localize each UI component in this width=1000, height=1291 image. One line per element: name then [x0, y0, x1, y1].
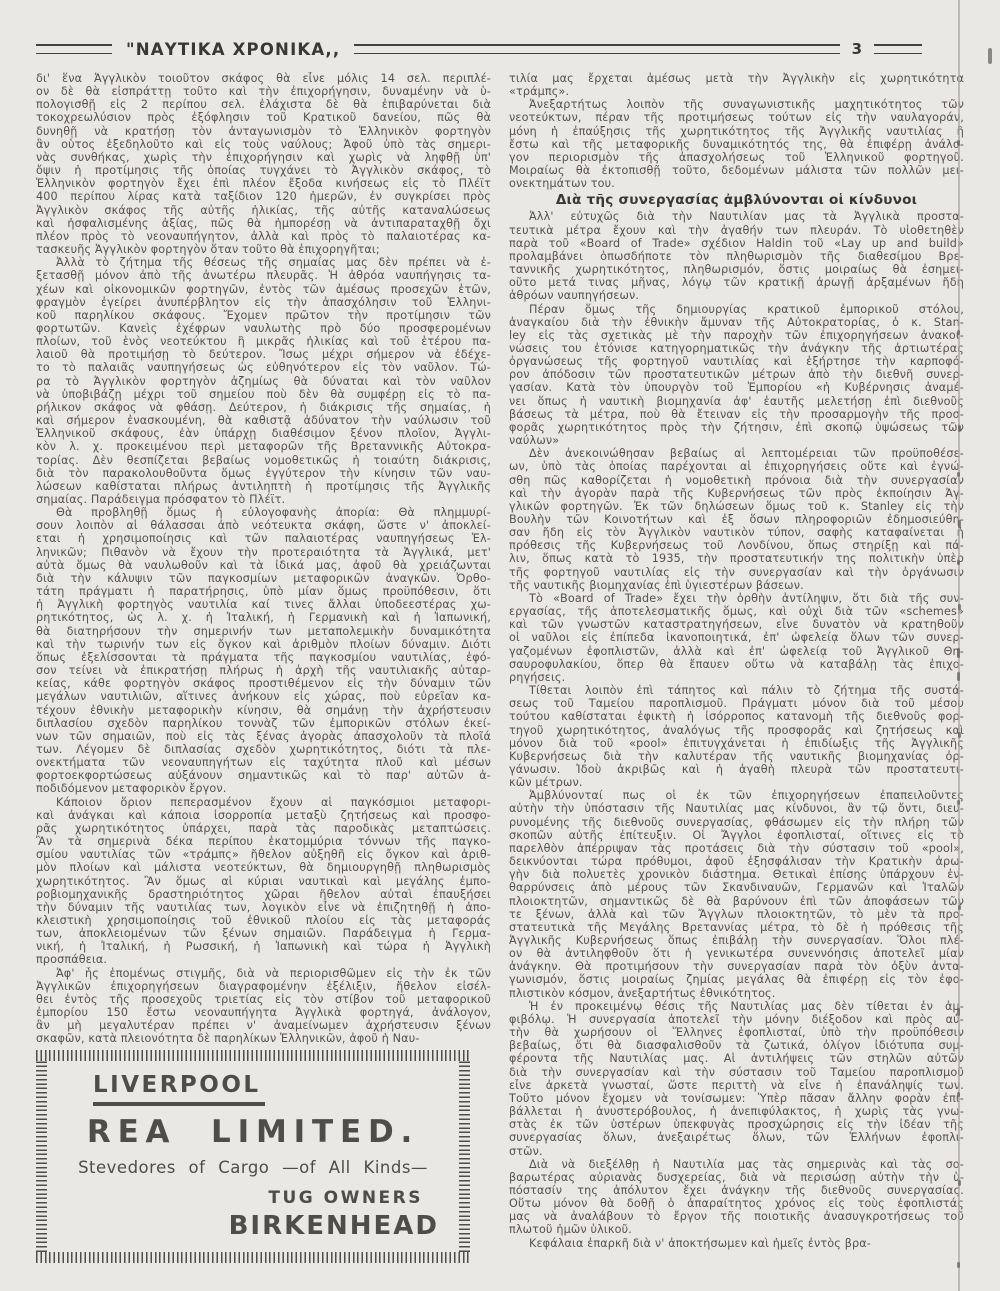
publication-title: "ΝΑΥΤΙΚΑ ΧΡΟΝΙΚΑ,, [126, 40, 340, 59]
text-line: Βουλὴν τῶν Κοινοτήτων καὶ ἐξ ὅσων πληροφ… [509, 513, 964, 526]
scan-speck [957, 1092, 960, 1097]
text-line: ἀθρόων ναυπηγήσεων. [509, 289, 964, 302]
paragraph: Τίθεται λοιπὸν ἐπὶ τάπητος καὶ πάλιν τὸ … [509, 684, 964, 789]
text-line: σκαφῶν, κατὰ πλειονότητα δὲ παρηλίκων Ἑλ… [36, 1032, 491, 1045]
text-line: ον δὲ θὰ εἰσπράττῃ τοῦτο καὶ τὴν ἐπιχορή… [36, 85, 491, 98]
text-line: προσπάθεια. [36, 953, 491, 966]
paragraph: Διὰ νὰ διεξέλθῃ ἡ Ναυτιλία μας τὰς σημερ… [509, 1158, 964, 1237]
text-line: κλειστικὴ χρησιμοποίησις τοῦ ἐθνικοῦ πλο… [36, 914, 491, 927]
masthead-rule-left [36, 44, 112, 54]
text-line: Ἀλλ' εὐτυχῶς διὰ τὴν Ναυτιλίαν μας τὰ Ἀγ… [509, 210, 964, 223]
left-column: δι' ἕνα Ἀγγλικὸν τοιοῦτον σκάφος θὰ εἶνε… [36, 72, 491, 1263]
text-line: εται ἡ χρησιμοποίησις καὶ τῶν παλαιοτέρα… [36, 532, 491, 545]
text-line: χέων καὶ οἰκονομικῶν φορτηγῶν, ἐντὸς τῶν… [36, 283, 491, 296]
scan-speck [958, 732, 961, 738]
text-line: αὐτὰ ὅμως θὰ ναυλωθοῦν καὶ τὰ ἰδικά μας,… [36, 559, 491, 572]
text-line: τέχουν ἐθνικὴν μεταφορικὴν κίνησιν, θὰ σ… [36, 704, 491, 717]
text-line: γαζομένων ἐφοπλιστῶν, ἀλλὰ καὶ ἐπ' ὠφελε… [509, 645, 964, 658]
right-column-text: τιλία μας ἔρχεται ἀμέσως μετὰ τὴν Ἀγγλικ… [509, 72, 964, 1250]
scan-speck [958, 520, 961, 528]
text-line: τὴν θὰ χωρήσουν οἱ Ἕλληνες ἐφοπλισταί, ὑ… [509, 1026, 964, 1039]
scan-speck [957, 472, 960, 477]
text-line: σκοπῶν αὐτῆς ἐπίτευξιν. Οἱ Ἄγγλοι ἐφοπλι… [509, 829, 964, 842]
text-line: ἔστω καὶ τῆς μεταφορικῆς δυναμικότητός τ… [509, 138, 964, 151]
text-line: τοκοχρεωλύσιον πρὸς ἐξόφλησιν τοῦ Κρατικ… [36, 111, 491, 124]
text-line: ροβιομηχανικῆς δραστηριότητος χῶραι ἤθελ… [36, 888, 491, 901]
text-line: προλαμβάνει ὁπωσδήποτε τὸν πληθωρισμὸν τ… [509, 250, 964, 263]
section-heading: Διὰ τῆς συνεργασίας ἀμβλύνονται οἱ κίνδυ… [509, 190, 964, 210]
text-line: πολογισθῇ εἰς 2 περίπου σελ. ἐλάχιστα δὲ… [36, 98, 491, 111]
text-line: μεγάλων ναυτιλιῶν, αἵτινες ἀνήκουν εἰς χ… [36, 690, 491, 703]
text-line: φορᾶς χωρητικότητος πρὸς τὴν ζήτησιν, ἐπ… [509, 421, 964, 434]
ad-content: LIVERPOOL REA LIMITED. Stevedores of Car… [47, 1061, 459, 1252]
paragraph: Τὸ «Board of Trade» ἔχει τὴν ὀρθὴν ἀντίλ… [509, 592, 964, 684]
text-line: οἱ ναῦλοι εἰς ἐπίπεδα ἱκανοποιητικά, ἐπ'… [509, 631, 964, 644]
text-line: εἶνε ἀρκετὰ γνωσταί, ὥστε περιττὴ νὰ εἶν… [509, 1079, 964, 1092]
text-line: νων τῶν σημαιῶν, ποὺ εἰς τὰς ξένας ἀγορὰ… [36, 730, 491, 743]
text-line: νώσεις του ἐτόνισε κατηγορηματικῶς τὴν ἀ… [509, 342, 964, 355]
text-line: σθη πῶς καθορίζεται ἡ νομοθετικὴ πρόνοια… [509, 474, 964, 487]
paragraph: Κάποιον ὅριον πεπερασμένον ἔχουν αἱ παγκ… [36, 796, 491, 967]
paragraph: Ἀφ' ἧς ἑπομένως στιγμῆς, διὰ νὰ περιορισ… [36, 967, 491, 1046]
text-line: Ἑλληνικοῦ σκάφους, ἐὰν ὑπάρχῃ διαθέσιμον… [36, 427, 491, 440]
scan-speck [957, 1262, 960, 1268]
page-fold-line [958, 0, 960, 1291]
text-line: ρυνομένης τῆς διεθνοῦς συνεργασίας, φθάσ… [509, 816, 964, 829]
text-line: λιν, ὅπως κατὰ τὸ 1935, τὴν προστατευτικ… [509, 552, 964, 565]
text-line: πόστασίν της ἀπόλυτον ἔχει ἀνάγκην τῆς δ… [509, 1184, 964, 1197]
text-line: νική, ἡ Ἰταλική, ἡ Ρωσσική, ἡ Ἰαπωνικὴ κ… [36, 940, 491, 953]
text-line: Ἀγγλικῆς Κυβερνήσεως ὅπως ἐπιβάλῃ τὴν συ… [509, 934, 964, 947]
text-line: διὰ τὸν παρακολουθοῦντα ὅμως ἐγγύτερον τ… [36, 467, 491, 480]
text-line: γὴν διὰ πολυετὲς χρονικὸν διάστημα. Θετι… [509, 868, 964, 881]
text-line: Ἀνεξαρτήτως λοιπὸν τῆς συναγωνιστικῆς μα… [509, 98, 964, 111]
text-line: ρητικότητος, ὡς λ. χ. ἡ Ἰταλική, ἡ Γερμα… [36, 611, 491, 624]
text-line: κὸν λ. χ. προκειμένου περὶ μεταφορῶν τῆς… [36, 440, 491, 453]
text-line: κοῦ παρηλίκου σκάφους. Ἔχομεν πρῶτον τὴν… [36, 309, 491, 322]
ad-city: LIVERPOOL [93, 1071, 265, 1106]
text-line: Ἀλλὰ τὸ ζήτημα τῆς θέσεως τῆς σημαίας μα… [36, 256, 491, 269]
text-line: Κεφάλαια ἐπαρκῆ διὰ ν' ἀποκτήσωμεν καὶ ἡ… [509, 1237, 964, 1250]
text-line: καὶ τὴν τωρινήν των εἰς ὄγκον καὶ ἀριθμὸ… [36, 638, 491, 651]
right-column: τιλία μας ἔρχεται ἀμέσως μετὰ τὴν Ἀγγλικ… [509, 72, 964, 1263]
text-line: ρα τὸ Ἀγγλικὸν φορτηγὸν ἀζημίως θὰ δύνατ… [36, 375, 491, 388]
text-line: καὶ ἀνάγκαι καὶ κάποια ἰσορροπία μεταξὺ … [36, 809, 491, 822]
text-line: ων, ὑπὸ τὰς ὁποίας παρέχονται αἱ ἐπιχορη… [509, 460, 964, 473]
text-line: διὰ τὴν κάλυψιν τῶν παγκοσμίων μεταφορικ… [36, 572, 491, 585]
text-line: Ἑλληνικὸν φορτηγὸν ἔχει ἐπὶ πλέον ἔξοδα … [36, 177, 491, 190]
text-line: κῶν μέτρων. [509, 776, 964, 789]
text-line: λώσεων καθίσταται πλήρως ἀντιληπτὴ ἡ προ… [36, 480, 491, 493]
text-line: τηγοῦ χωρητικότητος, ἀναλόγως τῆς προσφο… [509, 724, 964, 737]
text-line: μόνη ἡ ἐπαύξησις τῆς χωρητικότητος τῆς Ἀ… [509, 125, 964, 138]
text-line: ὅπως ἐξελίσσονται τὰ πράγματα τῆς παγκοσ… [36, 651, 491, 664]
scan-speck [958, 1180, 961, 1186]
scan-speck [958, 425, 961, 432]
text-line: Κυβερνήσεως διὰ τὴν καλυτέραν τῆς ναυτικ… [509, 750, 964, 763]
text-line: ταννικῆς χωρητικότητος, πληθωρισμόν, ὅστ… [509, 263, 964, 276]
text-line: Ἀγγλικῶν ἐπιχορηγήσεων διαγραφομένην ἐξέ… [36, 980, 491, 993]
text-line: Μοιραίως θὰ ἐκτοπισθῇ τοῦτο, δεδομένων μ… [509, 164, 964, 177]
text-line: σουν λοιπὸν αἱ θάλασσαι ἀπὸ νεότευκτα σκ… [36, 519, 491, 532]
text-line: τευτικὰ μέτρα ἔχουν καὶ τὴν ἀγαθήν των π… [509, 224, 964, 237]
text-line: Διὰ νὰ διεξέλθῃ ἡ Ναυτιλία μας τὰς σημερ… [509, 1158, 964, 1171]
text-line: «τράμπς». [509, 85, 964, 98]
text-line: διὰ τὴν συνεργασίαν καὶ τὴν σύστασιν τοῦ… [509, 1066, 964, 1079]
text-line: σαν ἤδη εἰς τὸν Ἀγγλικὸν ναυτικὸν τύπον,… [509, 526, 964, 539]
text-line: διπλασίου σχεδὸν παρηλίκου τοννὰζ τῶν ἐμ… [36, 717, 491, 730]
text-line: Τίθεται λοιπὸν ἐπὶ τάπητος καὶ πάλιν τὸ … [509, 684, 964, 697]
text-line: ονεκτημάτων του. [509, 177, 964, 190]
masthead-rule-right [874, 44, 922, 54]
scan-speck [957, 800, 960, 805]
text-line: μόνον διὰ τοῦ «pool» ἐπιτυγχάνεται ἡ ἐπι… [509, 737, 964, 750]
text-line: Κάποιον ὅριον πεπερασμένον ἔχουν αἱ παγκ… [36, 796, 491, 809]
paragraph: Κεφάλαια ἐπαρκῆ διὰ ν' ἀποκτήσωμεν καὶ ἡ… [509, 1237, 964, 1250]
text-line: ρήλικον σκάφος νὰ φθάσῃ. Δεύτερον, ἡ διά… [36, 401, 491, 414]
text-line: καὶ τῶν γνωστῶν καταστρατηγήσεων, εἶνε δ… [509, 618, 964, 631]
ad-tagline: Stevedores of Cargo —of All Kinds— [57, 1158, 449, 1178]
text-line: ρηγήσεις. [509, 671, 964, 684]
text-line: τῆς ναυτικῆς βιομηχανίας ἐπὶ ὑγιεστέρων … [509, 579, 964, 592]
paragraph: Πέραν ὅμως τῆς δημιουργίας κρατικοῦ ἐμπο… [509, 303, 964, 448]
text-line: ley εἰς τὰς σχετικὰς μὲ τὴν παροχὴν τῶν … [509, 329, 964, 342]
article-body: δι' ἕνα Ἀγγλικὸν τοιοῦτον σκάφος θὰ εἶνε… [36, 72, 964, 1263]
text-line: λαιοῦ θὰ προτιμήσῃ τὸ δεύτερον. Ἴσως μέχ… [36, 348, 491, 361]
text-line: πρόθεσις τῆς Κυβερνήσεως τοῦ Λονδίνου, ὅ… [509, 539, 964, 552]
text-line: γον περιορισμὸν τῆς ἀπασχολήσεως τοῦ Ἑλλ… [509, 151, 964, 164]
text-line: νεοτεύκτων, πέραν τῆς προτιμήσεως τούτων… [509, 111, 964, 124]
text-line: ἀναγκαίου διὰ τὴν ἐθνικὴν ἄμυναν τῆς Αὐτ… [509, 316, 964, 329]
text-line: παρελθὸν ἀπέρριψαν τὰς προτάσεις διὰ τὴν… [509, 842, 964, 855]
text-line: σμίου ναυτιλίας τῶν «τράμπς» ἤθελον αὐξη… [36, 848, 491, 861]
text-line: γασίαν. Κατὰ τὸν ὑπουργὸν τοῦ Ἐμπορίου «… [509, 381, 964, 394]
ad-border-right [459, 1061, 470, 1252]
text-line: νὰς συνθήκας, χωρὶς τὴν ἐπιχορήγησιν καὶ… [36, 151, 491, 164]
paragraph: τιλία μας ἔρχεται ἀμέσως μετὰ τὴν Ἀγγλικ… [509, 72, 964, 98]
text-line: Ἀγγλικὸν σκάφος τῆς αὐτῆς ἡλικίας, τῆς α… [36, 204, 491, 217]
paragraph: Ἀλλ' εὐτυχῶς διὰ τὴν Ναυτιλίαν μας τὰ Ἀγ… [509, 210, 964, 302]
masthead-rule-middle [354, 44, 839, 54]
text-line: Δὲν ἀνεκοινώθησαν βεβαίως αἱ λεπτομέρεια… [509, 447, 964, 460]
scan-speck [988, 48, 992, 64]
text-line: βάλλεται ἡ ἀνυστερόβουλος, ἡ ἀνεπιφύλακτ… [509, 1105, 964, 1118]
text-line: Πέραν ὅμως τῆς δημιουργίας κρατικοῦ ἐμπο… [509, 303, 964, 316]
text-line: τούτου καθίσταται ἐφικτὴ ἡ ἰσόρροπος κατ… [509, 710, 964, 723]
text-line: βαρωτέρας αὐριανὰς δυσχερείας, διὰ νὰ πε… [509, 1171, 964, 1184]
paragraph: Ἡ ἐν προκειμένῳ θέσις τῆς Ναυτιλίας μας … [509, 1000, 964, 1158]
paragraph: δι' ἕνα Ἀγγλικὸν τοιοῦτον σκάφος θὰ εἶνε… [36, 72, 491, 256]
text-line: ονεκτήματα τῶν νεοναυπηγήτων εἰς ταχύτητ… [36, 756, 491, 769]
text-line: Οὕτω μόνον θὰ δοθῇ ὁ ἀπαραίτητος χρόνος … [509, 1197, 964, 1210]
text-line: δι' ἕνα Ἀγγλικὸν τοιοῦτον σκάφος θὰ εἶνε… [36, 72, 491, 85]
text-line: σαυροφυλακίου, ὅπερ θὰ ἔπαυεν οὕτω νὰ κα… [509, 658, 964, 671]
text-line: ρον ἀπόδοσιν τῶν προστατευτικῶν μέτρων ἀ… [509, 368, 964, 381]
text-line: πλέον πρὸς τὸ νεοναυπήγητον, ἀλλὰ καὶ πρ… [36, 230, 491, 243]
text-line: τιλία μας ἔρχεται ἀμέσως μετὰ τὴν Ἀγγλικ… [509, 72, 964, 85]
text-line: ξετασθῇ μόνον ἀπὸ τῆς ἀνωτέρω πλευρᾶς. Ἡ… [36, 269, 491, 282]
text-line: σημαίας. Παράδειγμα πρόσφατον τὸ Πλέϊτ. [36, 493, 491, 506]
text-line: καὶ σήμερον ἐνασκουμένη, θὰ καθιστᾷ ἀδύν… [36, 414, 491, 427]
text-line: παρὰ τοῦ «Board of Trade» σχέδιον Haldin… [509, 237, 964, 250]
text-line: νὰ ὑποβιβάζῃ μέχρι τοῦ σημείου ποὺ δὲν θ… [36, 388, 491, 401]
text-line: βεβαίως, ὅτι θὰ διασφαλισθοῦν τὰ ζωτικά,… [509, 1039, 964, 1052]
ad-role: TUG OWNERS [57, 1188, 423, 1208]
text-line: ληνικῶν; Πιθανὸν νὰ ἔχουν τὴν προτεραιότ… [36, 546, 491, 559]
text-line: ναύλων» [509, 434, 964, 447]
text-line: τορίας. Δὲν θεσπίζεται βεβαίως νομοθετικ… [36, 454, 491, 467]
text-line: ον θὰ ἀντιληφθοῦν ὅτι ἡ γενικωτέρα συνεν… [509, 947, 964, 960]
text-line: καὶ ἠσφαλισμένης ἀξίας, πῶς θὰ ἠμπορέσῃ … [36, 217, 491, 230]
text-line: πλοιοκτητῶν, σημαντικῶς δὲ θὰ βαρύνουν ἐ… [509, 895, 964, 908]
ad-border-left [36, 1061, 47, 1252]
text-line: τῆς φορτηγοῦ ναυτιλίας εἰς τὴν συνεργασί… [509, 566, 964, 579]
text-line: φραγμὸν ἐγείρει ἀνυπέρβλητον εἰς τὴν ἀπα… [36, 296, 491, 309]
paragraph: Ἀνεξαρτήτως λοιπὸν τῆς συναγωνιστικῆς μα… [509, 98, 964, 190]
text-line: γλικῶν φορτηγῶν. Ἐκ τῶν δηλώσεων ὅμως το… [509, 500, 964, 513]
text-line: μὸν πλοίων καὶ μάλιστα νεοτεύκτων, θὰ δη… [36, 861, 491, 874]
text-line: Θὰ προβληθῇ ὅμως ἡ εὐλογοφανὴς ἀπορία: Θ… [36, 506, 491, 519]
text-line: το τὸ παλαιᾶς ναυπηγήσεως ὡς εὐθηνότερον… [36, 361, 491, 374]
scan-speck [957, 560, 960, 565]
text-line: μας νὰ ἀναλάβουν τὸ ἔργον τῆς ποιοτικῆς … [509, 1210, 964, 1223]
text-line: πλιστικὸν κόσμον, ἀνεξαρτήτως ἐθνικότητο… [509, 987, 964, 1000]
text-line: στὰς ἐκ τῶν ὑστέρων ὑπεκφυγὰς προσχώρησι… [509, 1118, 964, 1131]
text-line: ρᾶς χωρητικότητος ὑπάρχει, παρὰ τὰς παρο… [36, 822, 491, 835]
ad-border-top [36, 1050, 470, 1061]
text-line: νει ὅπως ἡ ναυτικὴ βιομηχανία ἀφ' ἑαυτῆς… [509, 395, 964, 408]
text-line: των, ἀποκλειομένων τῶν ξένων σημαιῶν. Πα… [36, 927, 491, 940]
text-line: των. Λέγομεν δὲ διπλασίας σχεδὸν χωρητικ… [36, 743, 491, 756]
text-line: φορτωτῶν. Κανεὶς ἐχέφρων ναυλωτὴς πρὸ δύ… [36, 322, 491, 335]
advertisement-rea-limited: LIVERPOOL REA LIMITED. Stevedores of Car… [36, 1050, 470, 1263]
text-line: ἐμπορίου 150 ἔστω νεοναυπήγητα Ἀγγλικὰ φ… [36, 1006, 491, 1019]
paragraph: Ἀλλὰ τὸ ζήτημα τῆς θέσεως τῆς σημαίας μα… [36, 256, 491, 506]
text-line: Τοῦτο μόνον ἔχομεν νὰ τονίσωμεν: Ὑπὲρ πᾶ… [509, 1092, 964, 1105]
text-line: ὀργανώσεως τῆς φορτηγοῦ ναυτιλίας καὶ ἐξ… [509, 355, 964, 368]
text-line: βάσεως τὰ μέτρα, ποὺ θὰ ἔτειναν εἰς τὴν … [509, 408, 964, 421]
paragraph: Ἀμβλύνονταί πως οἱ ἐκ τῶν ἐπιχορηγήσεων … [509, 789, 964, 1000]
ad-location: BIRKENHEAD [57, 1210, 439, 1242]
text-line: καὶ τὴν ἀγορὰν παρὰ τῆς Κυβερνήσεως τῶν … [509, 487, 964, 500]
ad-border-bottom [36, 1252, 470, 1263]
scan-speck [958, 905, 961, 910]
text-line: σεως τοῦ Ταμείου παροπλισμοῦ. Πράγματι μ… [509, 697, 964, 710]
text-line: Ἀμβλύνονταί πως οἱ ἐκ τῶν ἐπιχορηγήσεων … [509, 789, 964, 802]
paragraph: Δὲν ἀνεκοινώθησαν βεβαίως αἱ λεπτομέρεια… [509, 447, 964, 592]
text-line: Ἂν τὰ σημερινὰ δέκα περίπου ἑκατομμύρια … [36, 835, 491, 848]
text-line: πλοίων, τοῦ ἑνὸς νεοτεύκτου ἢ μικρᾶς ἡλι… [36, 335, 491, 348]
scan-speck [957, 140, 960, 146]
text-line: ἡ Ἀγγλικὴ φορτηγὸς ναυτιλία καί τινες ἄλ… [36, 598, 491, 611]
text-line: 400 περίπου λίρας κατὰ ταξίδιον 120 ἡμερ… [36, 190, 491, 203]
scan-speck [957, 672, 960, 681]
text-line: θαρρύνσεις ἀπὸ μέρους τῶν Σκανδιναυῶν, Γ… [509, 881, 964, 894]
scan-speck [957, 1008, 960, 1016]
text-line: στῶν. [509, 1145, 964, 1158]
text-line: δεικνύονται τώρα πρόθυμοι, ἀφοῦ ἐξησφάλι… [509, 855, 964, 868]
text-line: χωρητικότητος. Ἂν ὅμως αἱ κύριαι ναυτικα… [36, 875, 491, 888]
text-line: τὴν δύναμιν τῆς ναυτιλίας των, λογικὸν ε… [36, 901, 491, 914]
text-line: σον τείνει νὰ ἐπικρατήσῃ πλήρως ἡ ἀρχὴ τ… [36, 664, 491, 677]
text-line: ἂν οὗτος ἐξεδηλοῦτο καὶ εἰς τοὺς ναύλους… [36, 138, 491, 151]
text-line: τασκευῆς Ἀγγλικὸν φορτηγὸν ὅταν τοῦτο θὰ… [36, 243, 491, 256]
text-line: αὐτὴν τὴν ὑπόστασιν τῆς Ναυτιλίας μας κί… [509, 802, 964, 815]
text-line: τε ξένων, ἀλλὰ καὶ τῶν Ἄγγλων πλοιοκτητῶ… [509, 908, 964, 921]
text-line: πλωτοῦ ἡμῶν ὑλικοῦ. [509, 1223, 964, 1236]
paragraph: Θὰ προβληθῇ ὅμως ἡ εὐλογοφανὴς ἀπορία: Θ… [36, 506, 491, 795]
left-column-text: δι' ἕνα Ἀγγλικὸν τοιοῦτον σκάφος θὰ εἶνε… [36, 72, 491, 1046]
text-line: φιβόλῳ. Ἡ συνεργασία ἀποτελεῖ τὴν μόνην … [509, 1013, 964, 1026]
text-line: Τὸ «Board of Trade» ἔχει τὴν ὀρθὴν ἀντίλ… [509, 592, 964, 605]
scan-speck [958, 604, 961, 610]
text-line: οῦτο μετά τινας μῆνας, λόγῳ τῶν κρατικῇ … [509, 276, 964, 289]
text-line: ἀνάγκην. Θὰ προτιμήσουν τὴν συνεργασίαν … [509, 960, 964, 973]
text-line: στατευτικὰ τῆς Μεγάλης Βρεταννίας μέτρα,… [509, 921, 964, 934]
text-line: τάτη πράγματι ἡ παρατήρησις, ὑπὸ μίαν ὅμ… [36, 585, 491, 598]
text-line: εργασίας, τῆς ἀποτελεσματικῆς ὅμως, καὶ … [509, 605, 964, 618]
scanned-magazine-page: "ΝΑΥΤΙΚΑ ΧΡΟΝΙΚΑ,, 3 δι' ἕνα Ἀγγλικὸν το… [0, 0, 1000, 1291]
text-line: θὰ διατηρήσουν τὴν σημερινήν των μεταπολ… [36, 625, 491, 638]
text-line: θει ἐντὸς τῆς προσεχοῦς τριετίας εἰς τὸν… [36, 993, 491, 1006]
text-line: Ἀφ' ἧς ἑπομένως στιγμῆς, διὰ νὰ περιορισ… [36, 967, 491, 980]
text-line: ὄψιν ἡ προτίμησις τῆς ὁποίας τυγχάνει τὸ… [36, 164, 491, 177]
text-line: Ἡ ἐν προκειμένῳ θέσις τῆς Ναυτιλίας μας … [509, 1000, 964, 1013]
text-line: συνεργασίας ὅλων, ἀνεξαιρέτως ὅλων, τῶν … [509, 1131, 964, 1144]
text-line: γωνισμόν, ὅστις μοιραίως ζημίας μεγάλας … [509, 973, 964, 986]
ad-company-name: REA LIMITED. [57, 1114, 449, 1150]
text-line: γάνωσιν. Ἰδοὺ ἀκριβῶς καὶ ἡ ἀγαθὴ πλευρὰ… [509, 763, 964, 776]
ad-city-row: LIVERPOOL [93, 1071, 449, 1106]
masthead: "ΝΑΥΤΙΚΑ ΧΡΟΝΙΚΑ,, 3 [36, 40, 964, 58]
page-number: 3 [852, 40, 862, 58]
text-line: ποδιδόμενον μεταφορικὸν ἔργον. [36, 782, 491, 795]
text-line: φορτοεκφορτώσεως αὐξάνουν σημαντικῶς καὶ… [36, 769, 491, 782]
text-line: φέροντα τῆς Ναυτιλίας μας. Αἱ ἀντιλήψεις… [509, 1052, 964, 1065]
text-line: ἂν μὴ μεγαλυτέραν πρέπει ν' ἀναμείνωμεν … [36, 1019, 491, 1032]
scan-speck [957, 330, 960, 335]
text-line: κείας, κάθε φορτηγὸν σκάφος προστιθέμενο… [36, 677, 491, 690]
scan-speck [957, 648, 960, 658]
text-line: δυνηθῇ νὰ κρατήσῃ τὸν ἀνταγωνισμὸν τὸ Ἑλ… [36, 125, 491, 138]
